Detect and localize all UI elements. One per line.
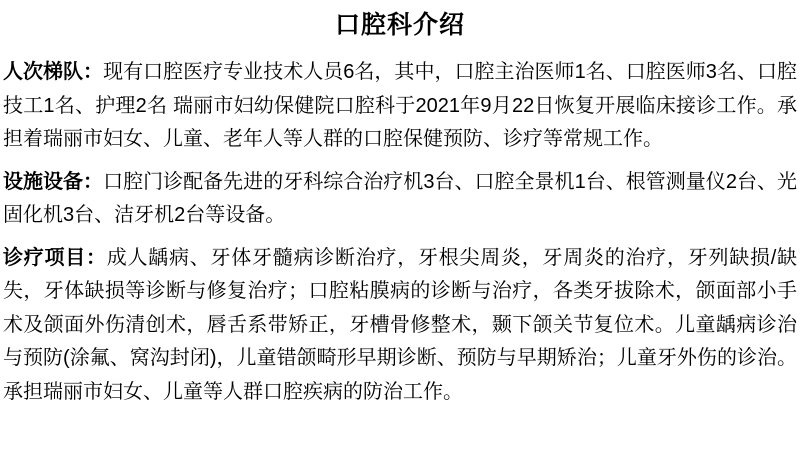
- page-title: 口腔科介绍: [3, 10, 797, 40]
- paragraph-personnel-label: 人次梯队：: [3, 61, 103, 83]
- slide-page: 口腔科介绍 人次梯队：现有口腔医疗专业技术人员6名，其中，口腔主治医师1名、口腔…: [0, 0, 800, 450]
- paragraph-facilities: 设施设备：口腔门诊配备先进的牙科综合治疗机3台、口腔全景机1台、根管测量仪2台、…: [3, 166, 797, 233]
- paragraph-treatments-label: 诊疗项目：: [3, 247, 107, 269]
- paragraph-personnel: 人次梯队：现有口腔医疗专业技术人员6名，其中，口腔主治医师1名、口腔医师3名、口…: [3, 56, 797, 157]
- paragraph-facilities-text: 口腔门诊配备先进的牙科综合治疗机3台、口腔全景机1台、根管测量仪2台、光固化机3…: [3, 171, 797, 227]
- paragraph-treatments: 诊疗项目：成人龋病、牙体牙髓病诊断治疗，牙根尖周炎，牙周炎的治疗，牙列缺损/缺失…: [3, 242, 797, 410]
- paragraph-facilities-label: 设施设备：: [3, 171, 103, 193]
- paragraph-personnel-text: 现有口腔医疗专业技术人员6名，其中，口腔主治医师1名、口腔医师3名、口腔技工1名…: [3, 61, 797, 150]
- slide-body: 人次梯队：现有口腔医疗专业技术人员6名，其中，口腔主治医师1名、口腔医师3名、口…: [3, 56, 797, 409]
- paragraph-treatments-text: 成人龋病、牙体牙髓病诊断治疗，牙根尖周炎，牙周炎的治疗，牙列缺损/缺失，牙体缺损…: [3, 247, 797, 403]
